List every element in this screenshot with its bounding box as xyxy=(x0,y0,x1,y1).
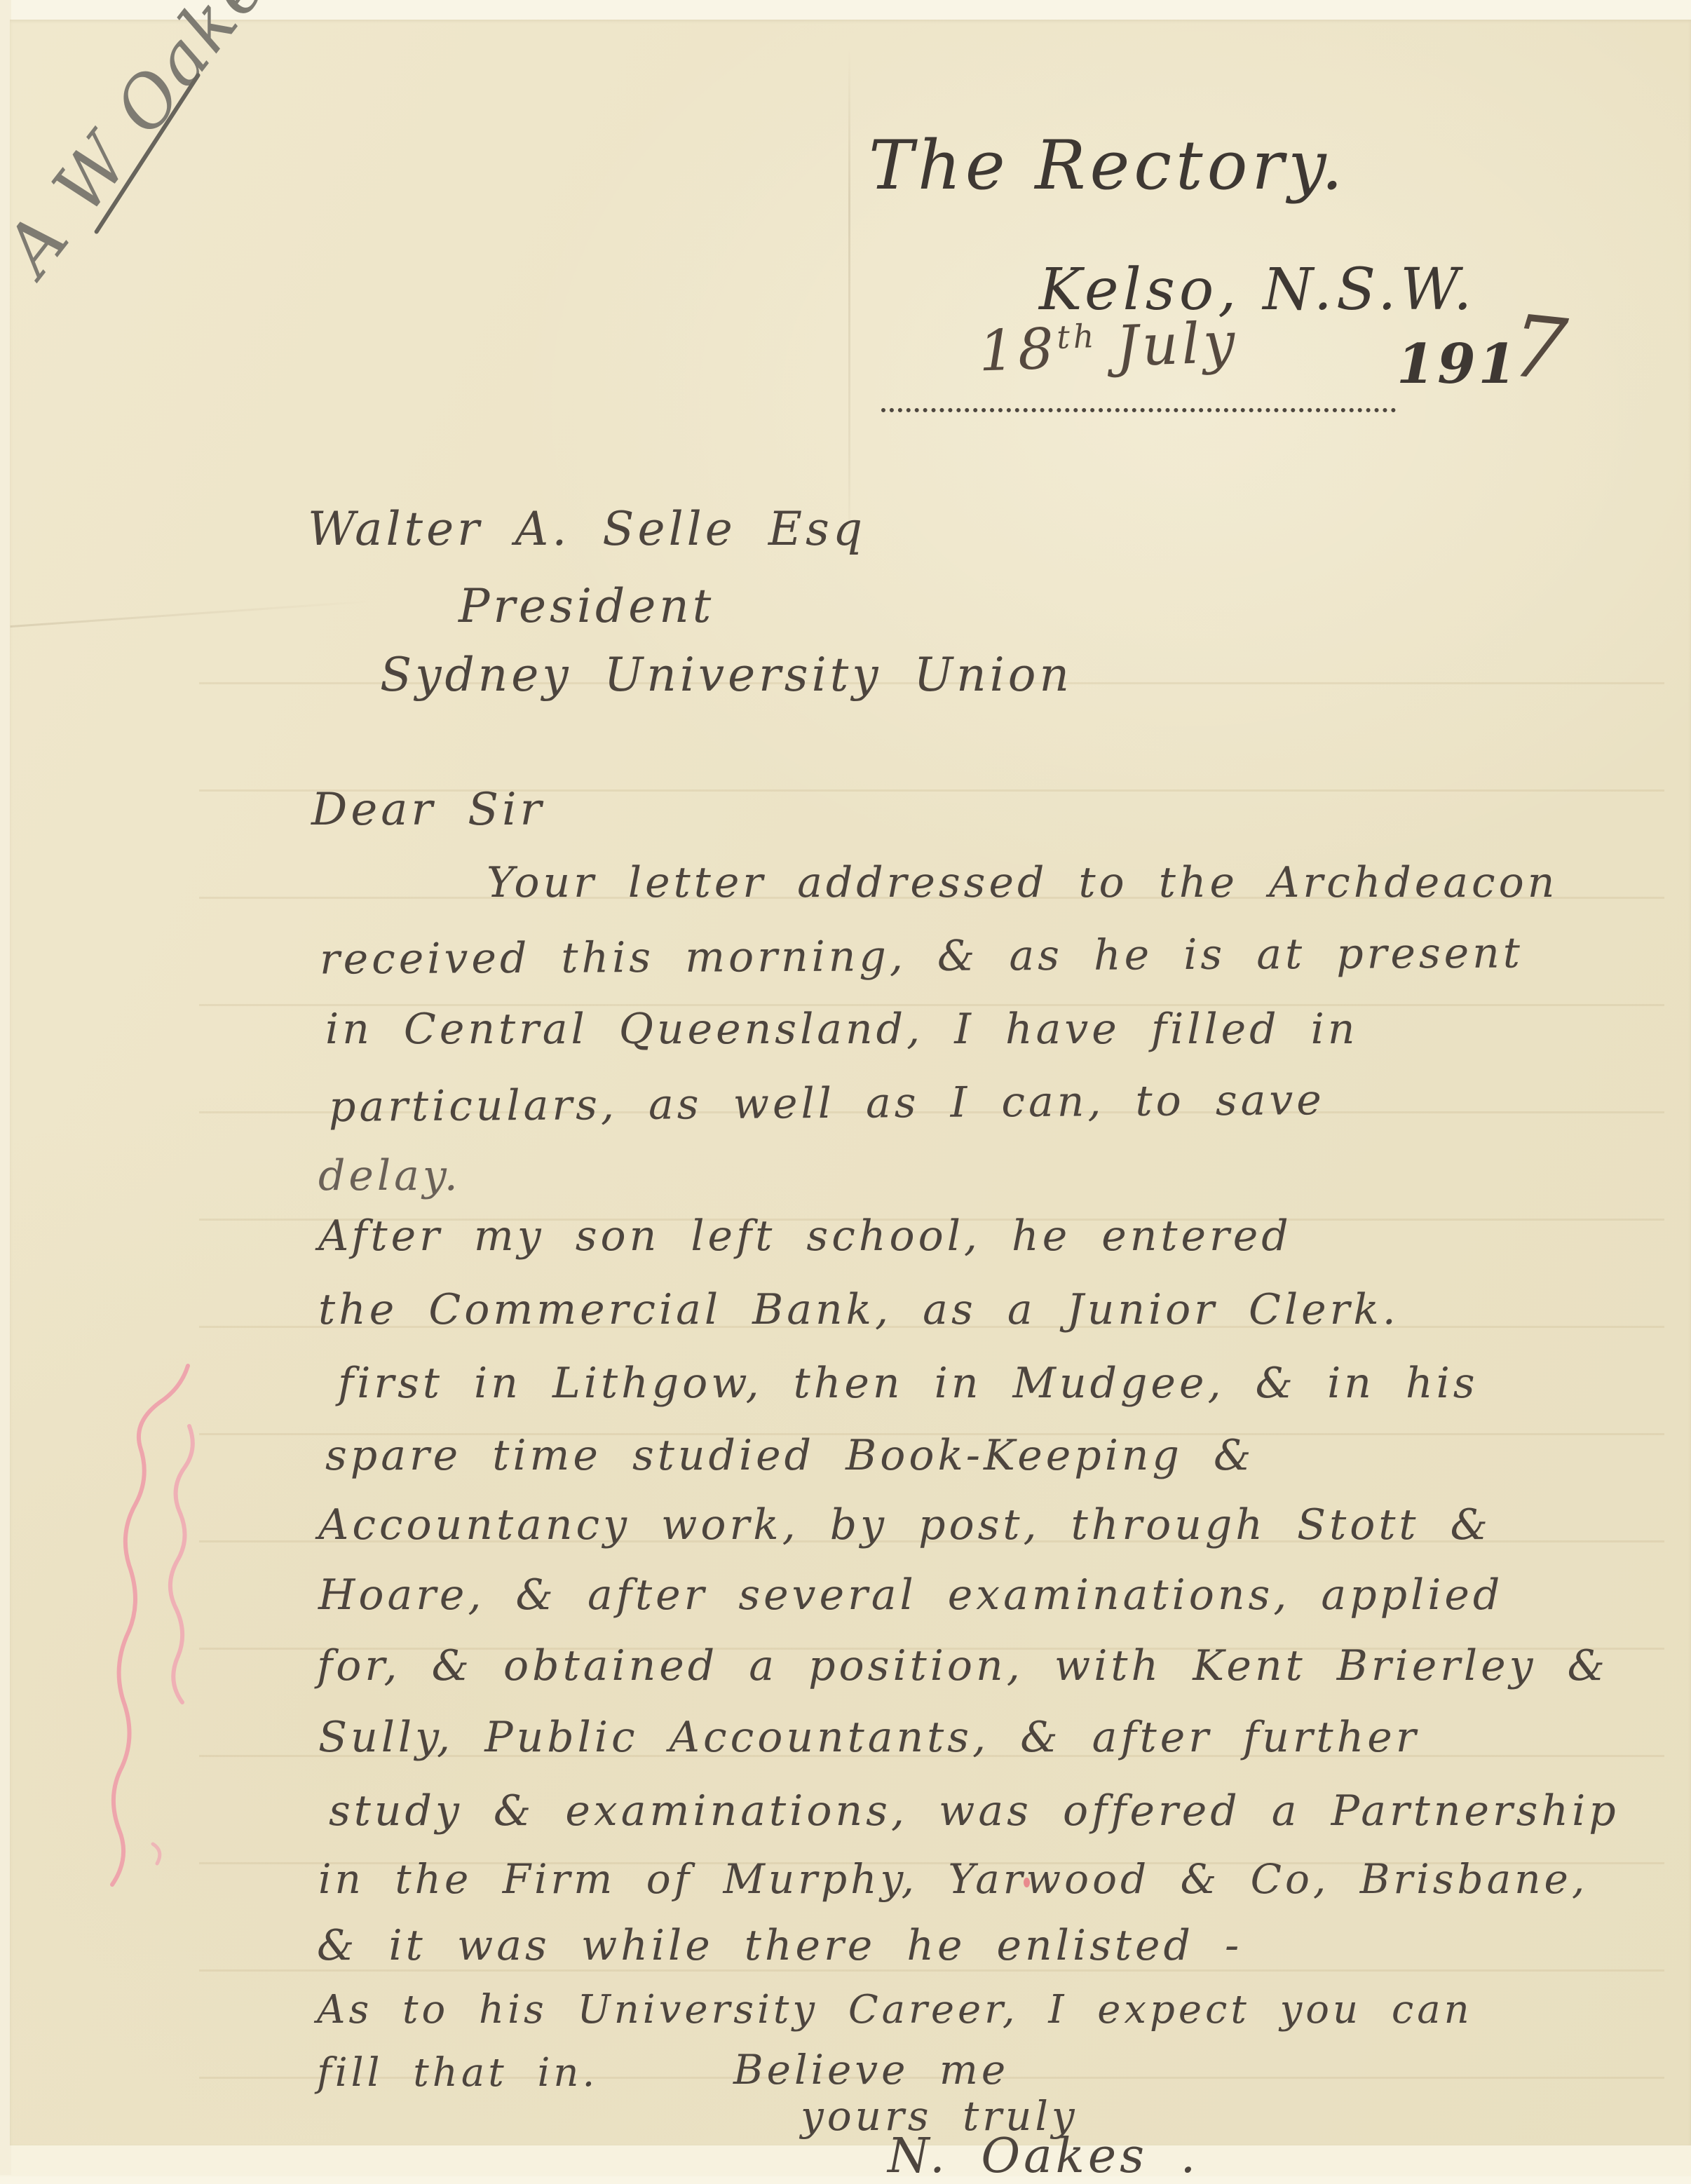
date-day: 18 xyxy=(977,316,1058,384)
body-line: As to his University Career, I expect yo… xyxy=(317,1987,1473,2033)
body-line: Your letter addressed to the Archdeacon xyxy=(487,858,1558,907)
body-line: Accountancy work, by post, through Stott… xyxy=(318,1500,1491,1549)
date-day-suffix: th xyxy=(1056,317,1098,356)
body-line: the Commercial Bank, as a Junior Clerk. xyxy=(318,1285,1399,1334)
body-line: particulars, as well as I can, to save xyxy=(329,1076,1325,1132)
marginalia-stroke-hook xyxy=(153,1844,160,1864)
paper-crease-vertical xyxy=(848,48,850,559)
body-line: Hoare, & after several examinations, app… xyxy=(318,1571,1503,1620)
recipient-name: Walter A. Selle Esq xyxy=(308,502,866,556)
red-pencil-marginalia xyxy=(45,1310,199,1892)
date-month: July xyxy=(1115,310,1240,379)
body-line: for, & obtained a position, with Kent Br… xyxy=(317,1641,1608,1690)
salutation: Dear Sir xyxy=(311,784,545,836)
body-line: & it was while there he enlisted - xyxy=(317,1921,1242,1970)
body-line: After my son left school, he entered xyxy=(318,1212,1292,1261)
recipient-organisation: Sydney University Union xyxy=(380,648,1073,702)
paper-crease-horizontal xyxy=(11,600,374,628)
marginalia-stroke-right xyxy=(170,1426,193,1702)
body-line: received this morning, & as he is at pre… xyxy=(320,929,1523,984)
recipient-title: President xyxy=(459,579,714,633)
body-line: in the Firm of Murphy, Yarwood & Co, Bri… xyxy=(318,1855,1588,1903)
letterhead-rectory: The Rectory. xyxy=(869,126,1347,205)
body-line: in Central Queensland, I have filled in xyxy=(325,1005,1359,1054)
body-line: delay. xyxy=(318,1151,461,1200)
body-line: spare time studied Book-Keeping & xyxy=(325,1431,1254,1480)
handwritten-date: 18thJuly xyxy=(977,310,1239,384)
marginalia-stroke-left xyxy=(112,1366,188,1885)
handwritten-year-digit: 7 xyxy=(1507,296,1575,401)
body-line: Sully, Public Accountants, & after furth… xyxy=(318,1713,1420,1762)
body-line: fill that in. xyxy=(317,2050,598,2096)
letterhead-address: Kelso, N.S.W. xyxy=(1039,257,1476,323)
printed-year-prefix: 191 xyxy=(1397,332,1519,396)
body-line: first in Lithgow, then in Mudgee, & in h… xyxy=(338,1359,1479,1408)
body-line: study & examinations, was offered a Part… xyxy=(329,1786,1619,1836)
scanned-letter-page: A W Oakes The Rectory. Kelso, N.S.W. 18t… xyxy=(0,0,1691,2175)
letter-paper: A W Oakes The Rectory. Kelso, N.S.W. 18t… xyxy=(10,20,1691,2145)
backing-board-bottom xyxy=(0,2144,1691,2175)
closing-believe-me: Believe me xyxy=(733,2046,1009,2094)
signature: N. Oakes . xyxy=(888,2129,1199,2175)
red-ink-speck xyxy=(1024,1878,1030,1887)
